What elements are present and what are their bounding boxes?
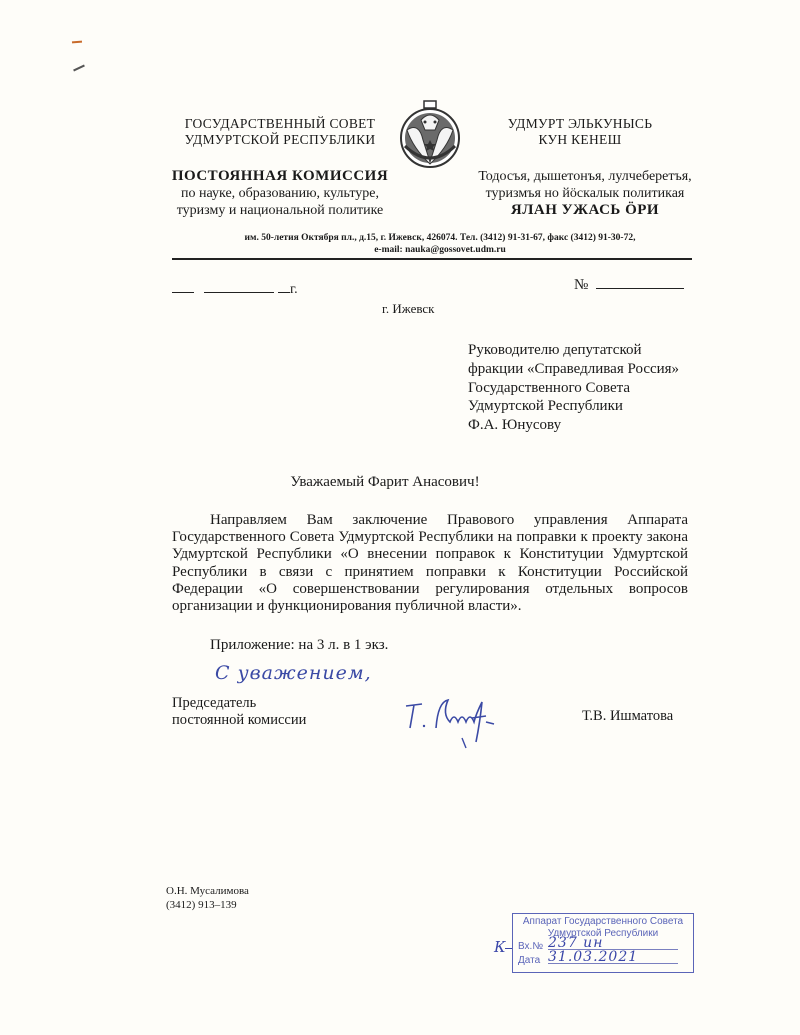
letter-body: Направляем Вам заключение Правового упра… — [172, 512, 688, 615]
signature-scribble — [402, 692, 522, 752]
executor-contact: О.Н. Мусалимова (3412) 913–139 — [166, 884, 249, 912]
letterhead-org-ru: ГОСУДАРСТВЕННЫЙ СОВЕТ УДМУРТСКОЙ РЕСПУБЛ… — [170, 116, 390, 148]
scan-mark — [73, 65, 85, 72]
letterhead-org-udm: УДМУРТ ЭЛЬКУНЫСЬ КУН КЕНЕШ — [490, 116, 670, 148]
letterhead-address: им. 50-летия Октября пл., д.15, г. Ижевс… — [200, 232, 680, 256]
letterhead-commission-udm: Тодосъя, дышетонъя, лулчеберетъя, туризм… — [455, 168, 715, 219]
scan-mark — [72, 41, 82, 44]
document-number-field: № — [574, 276, 684, 294]
commission-title: ПОСТОЯННАЯ КОМИССИЯ — [160, 168, 400, 185]
addressee-block: Руководителю депутатской фракции «Справе… — [468, 341, 708, 435]
coat-of-arms-icon — [399, 100, 461, 172]
city-label: г. Ижевск — [382, 301, 434, 317]
registration-stamp: Аппарат Государственного Совета Удмуртск… — [512, 913, 694, 973]
executor-phone: (3412) 913–139 — [166, 898, 249, 912]
commission-title-udm: ЯЛАН УЖАСЬ ӦРИ — [455, 202, 715, 219]
executor-name: О.Н. Мусалимова — [166, 884, 249, 898]
attachment-note: Приложение: на 3 л. в 1 экз. — [210, 637, 388, 654]
signer-title: Председатель постоянной комиссии — [172, 695, 306, 729]
email-text: e-mail: nauka@gossovet.udm.ru — [200, 244, 680, 256]
letterhead-commission-ru: ПОСТОЯННАЯ КОМИССИЯ по науке, образовани… — [160, 168, 400, 219]
date-field: г. — [172, 282, 298, 298]
stamp-margin-mark: К — [494, 938, 506, 956]
document-page: ГОСУДАРСТВЕННЫЙ СОВЕТ УДМУРТСКОЙ РЕСПУБЛ… — [0, 0, 800, 1035]
handwritten-closing: С уважением, — [215, 662, 372, 684]
salutation: Уважаемый Фарит Анасович! — [160, 474, 610, 491]
signer-name: Т.В. Ишматова — [582, 708, 673, 725]
letterhead-divider — [172, 258, 692, 260]
incoming-date: 31.03.2021 — [548, 951, 678, 964]
